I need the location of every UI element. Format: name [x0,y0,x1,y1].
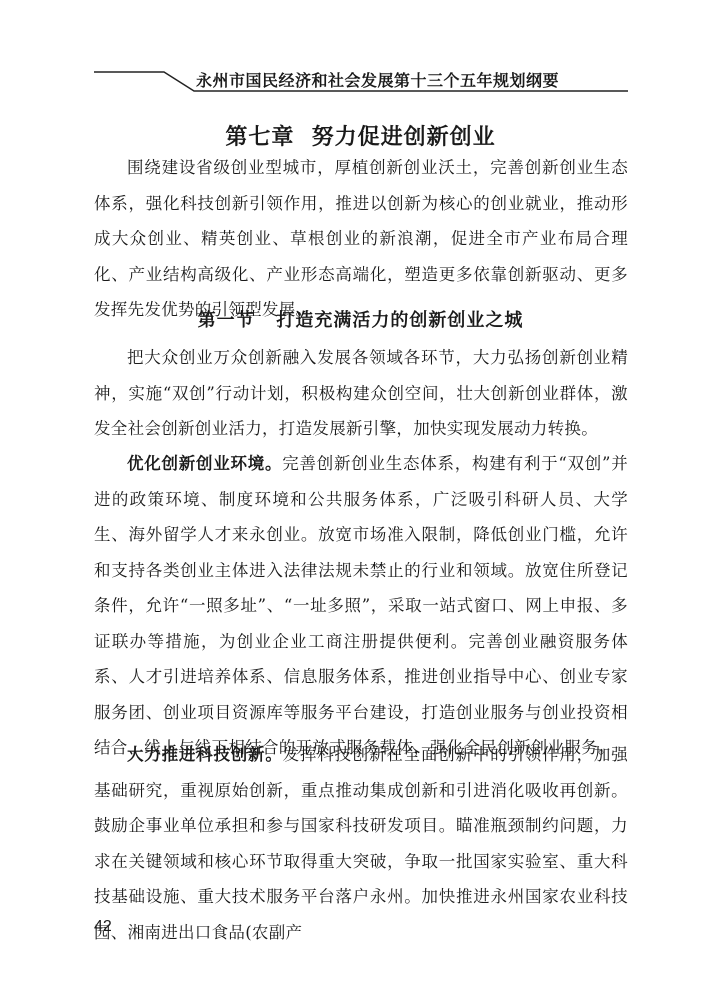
paragraph-tech-innovation: 大力推进科技创新。发挥科技创新在全面创新中的引领作用，加强基础研究，重视原始创新… [94,737,628,950]
paragraph-body: 发挥科技创新在全面创新中的引领作用，加强基础研究，重视原始创新，重点推动集成创新… [94,745,628,942]
section-title: 第一节 打造充满活力的创新创业之城 [0,306,721,332]
running-header-title: 永州市国民经济和社会发展第十三个五年规划纲要 [196,68,559,91]
chapter-intro-paragraph: 围绕建设省级创业型城市，厚植创新创业沃土，完善创新创业生态体系，强化科技创新引领… [94,150,628,328]
paragraph-body: 完善创新创业生态体系，构建有利于“双创”并进的政策环境、制度环境和公共服务体系，… [94,454,628,757]
paragraph-lead: 大力推进科技创新。 [127,745,283,764]
page-number: 42 [94,918,112,936]
paragraph-entrepreneurship-environment: 优化创新创业环境。完善创新创业生态体系，构建有利于“双创”并进的政策环境、制度环… [94,446,628,766]
paragraph-lead: 优化创新创业环境。 [127,454,282,473]
header-rule [0,0,721,110]
chapter-title: 第七章 努力促进创新创业 [0,120,721,151]
section-intro-paragraph: 把大众创业万众创新融入发展各领域各环节，大力弘扬创新创业精神，实施“双创”行动计… [94,340,628,447]
